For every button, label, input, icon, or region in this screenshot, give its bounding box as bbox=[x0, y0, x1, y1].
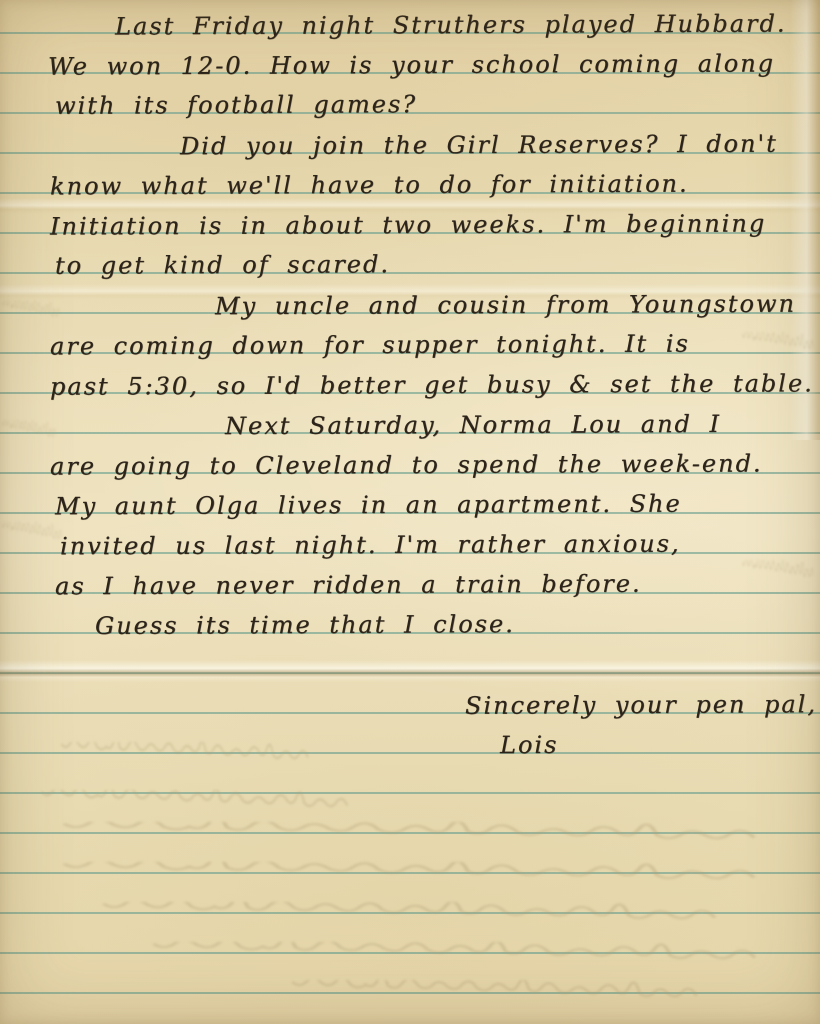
bleed-through-mark bbox=[742, 560, 814, 582]
letter-line: with its football games? bbox=[55, 89, 417, 121]
letter-line: Last Friday night Struthers played Hubba… bbox=[115, 9, 787, 42]
bleed-through-mark bbox=[742, 332, 814, 354]
bleed-through-mark bbox=[60, 822, 760, 844]
letter-line: to get kind of scared. bbox=[55, 249, 390, 280]
bleed-through-mark bbox=[60, 742, 310, 764]
letter-line: Lois bbox=[500, 730, 559, 760]
letter-line: My uncle and cousin from Youngstown bbox=[215, 289, 796, 322]
bleed-through-mark bbox=[100, 902, 720, 924]
bleed-through-mark bbox=[60, 862, 760, 884]
bleed-through-mark bbox=[150, 942, 760, 964]
bleed-through-mark bbox=[290, 980, 700, 1002]
letter-line: invited us last night. I'm rather anxiou… bbox=[60, 529, 681, 562]
letter-line: Did you join the Girl Reserves? I don't bbox=[180, 129, 778, 162]
letter-line: past 5:30, so I'd better get busy & set … bbox=[50, 368, 814, 401]
letter-line: We won 12-0. How is your school coming a… bbox=[48, 48, 775, 81]
bleed-through-mark bbox=[2, 522, 62, 544]
letter-line: My aunt Olga lives in an apartment. She bbox=[55, 489, 682, 522]
letter-line: Initiation is in about two weeks. I'm be… bbox=[50, 208, 766, 241]
bleed-through-mark bbox=[2, 300, 60, 322]
letter-line: Next Saturday, Norma Lou and I bbox=[225, 409, 721, 441]
letter-line: are coming down for supper tonight. It i… bbox=[50, 329, 690, 362]
letter-line: Sincerely your pen pal, bbox=[465, 689, 817, 721]
bleed-through-mark bbox=[2, 420, 56, 442]
letter-line: Guess its time that I close. bbox=[95, 609, 515, 641]
fold-crease-main bbox=[0, 660, 820, 682]
bleed-through-mark bbox=[40, 790, 350, 812]
letter-line: as I have never ridden a train before. bbox=[55, 569, 642, 602]
letter-line: are going to Cleveland to spend the week… bbox=[50, 448, 763, 481]
letter-line: know what we'll have to do for initiatio… bbox=[50, 169, 689, 202]
letter-page: Last Friday night Struthers played Hubba… bbox=[0, 0, 820, 1024]
